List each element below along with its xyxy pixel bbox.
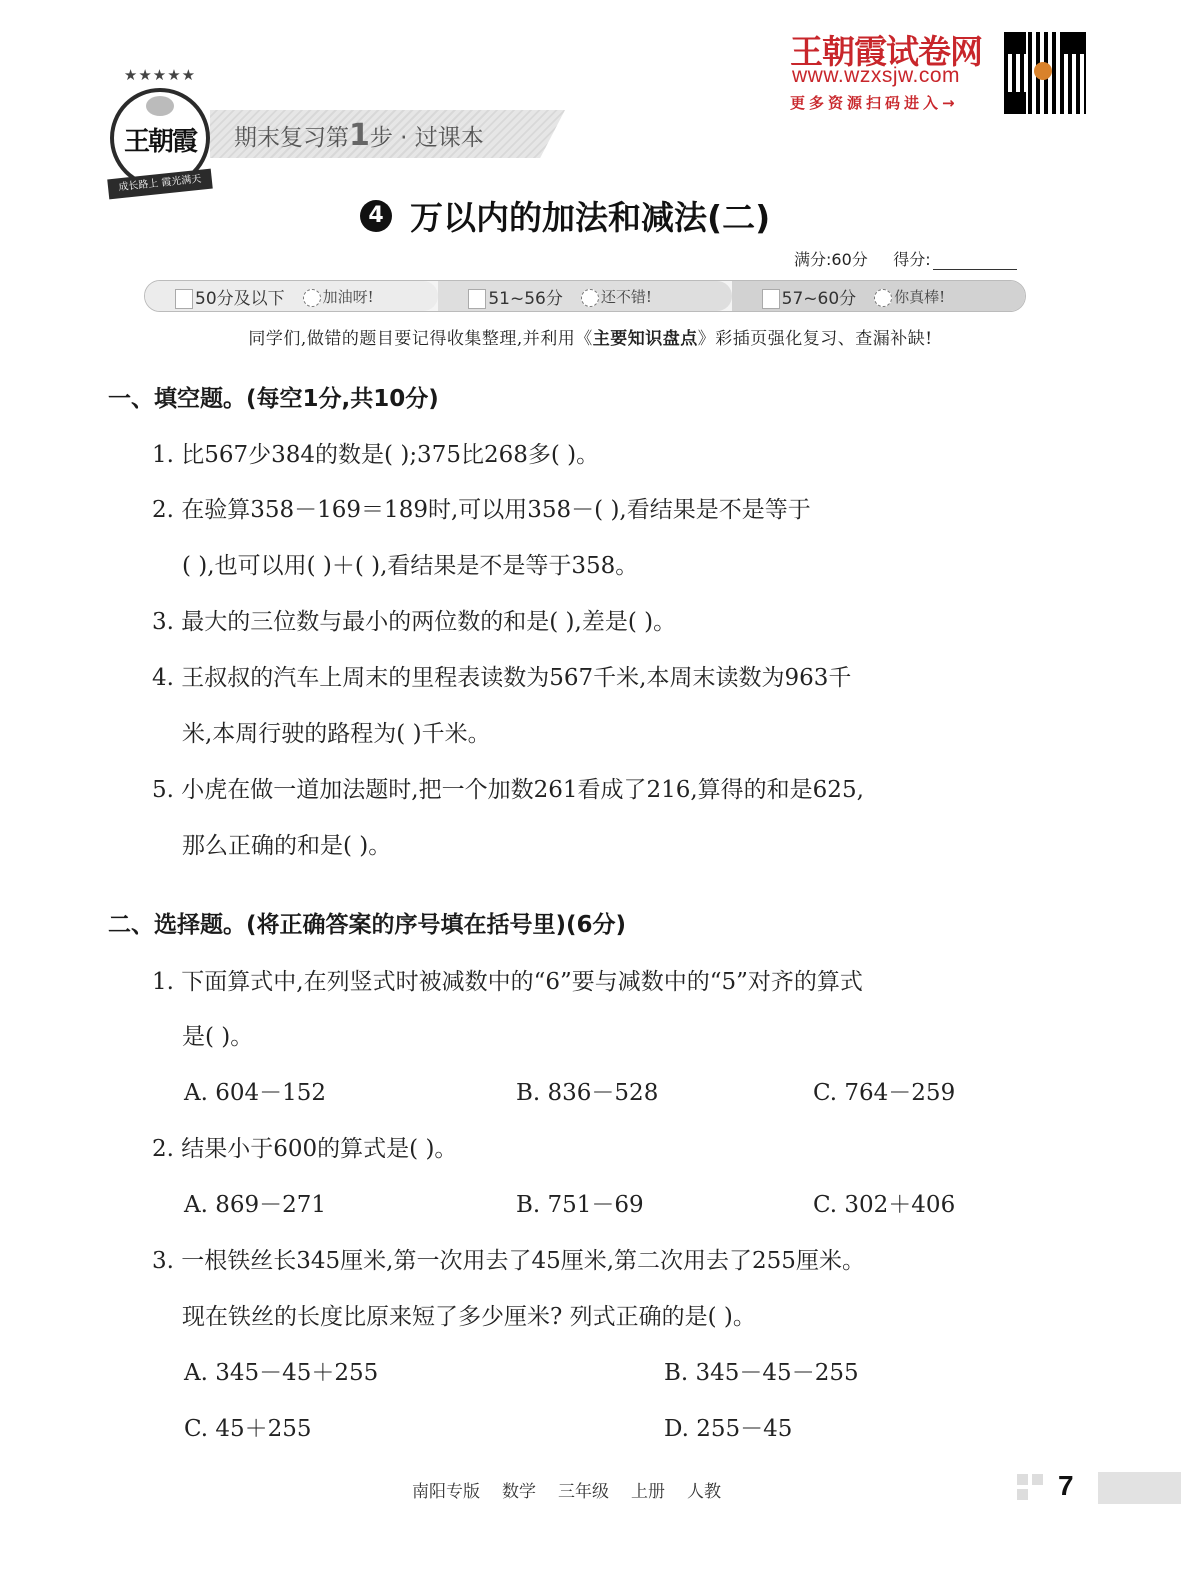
score-line: 满分:60分 得分:	[794, 247, 1017, 270]
question-2-1-cont: 是( )。	[182, 1018, 253, 1051]
checkbox[interactable]	[468, 289, 486, 309]
page-tab-bar	[1098, 1472, 1181, 1504]
band-message: 你真棒!	[874, 286, 945, 307]
logo-name: 王朝霞	[118, 121, 202, 158]
question-2-3: 3. 一根铁丝长345厘米,第一次用去了45厘米,第二次用去了255厘米。	[152, 1242, 865, 1275]
study-tip: 同学们,做错的题目要记得收集整理,并利用《主要知识盘点》彩插页强化复习、查漏补缺…	[0, 324, 1181, 349]
question-1-1: 1. 比567少384的数是( );375比268多( )。	[152, 436, 599, 469]
question-2-2: 2. 结果小于600的算式是( )。	[152, 1130, 457, 1163]
page-decoration	[1017, 1489, 1028, 1500]
option-b[interactable]: B. 836－528	[516, 1074, 658, 1107]
question-1-2-cont: ( ),也可以用( )＋( ),看结果是不是等于358。	[182, 547, 638, 580]
band-message: 加油呀!	[303, 286, 374, 307]
option-a[interactable]: A. 604－152	[184, 1074, 326, 1107]
checkbox[interactable]	[762, 289, 780, 309]
question-1-2: 2. 在验算358－169＝189时,可以用358－( ),看结果是不是等于	[152, 491, 811, 524]
star-icons: ★★★★★	[106, 66, 214, 84]
option-c[interactable]: C. 302＋406	[813, 1186, 955, 1219]
title-text: 万以内的加法和减法(二)	[410, 192, 770, 239]
option-b[interactable]: B. 751－69	[516, 1186, 644, 1219]
checkbox[interactable]	[175, 289, 193, 309]
question-1-4: 4. 王叔叔的汽车上周末的里程表读数为567千米,本周末读数为963千	[152, 659, 851, 692]
full-score-label: 满分:60分	[794, 250, 868, 269]
footer-edition: 南阳专版数学三年级上册人教	[412, 1477, 743, 1502]
question-1-4-cont: 米,本周行驶的路程为( )千米。	[182, 715, 491, 748]
question-1-5-cont: 那么正确的和是( )。	[182, 827, 391, 860]
unit-number-badge: 4	[360, 200, 392, 232]
ad-url[interactable]: www.wzxsjw.com	[792, 64, 960, 88]
ad-cta: 更多资源扫码进入→	[790, 92, 959, 113]
option-d[interactable]: D. 255－45	[664, 1410, 792, 1443]
qr-logo-icon	[1034, 62, 1052, 80]
question-2-3-cont: 现在铁丝的长度比原来短了多少厘米? 列式正确的是( )。	[182, 1298, 756, 1331]
option-b[interactable]: B. 345－45－255	[664, 1354, 859, 1387]
brand-logo: ★★★★★ 王朝霞 成长路上 霞光满天	[106, 66, 214, 194]
score-band-high: 57~60分 你真棒!	[732, 281, 1025, 311]
smiley-icon	[874, 289, 892, 307]
band-range: 50分及以下	[175, 284, 285, 309]
section-heading-choice: 二、选择题。(将正确答案的序号填在括号里)(6分)	[108, 906, 626, 939]
page-decoration	[1032, 1474, 1043, 1485]
score-got-label: 得分:	[893, 250, 930, 269]
page-decoration	[1017, 1474, 1028, 1485]
page-title: 4 万以内的加法和减法(二)	[360, 192, 770, 239]
option-a[interactable]: A. 869－271	[184, 1186, 326, 1219]
smiley-icon	[303, 289, 321, 307]
score-band-low: 50分及以下 加油呀!	[145, 281, 438, 311]
band-range: 57~60分	[762, 284, 857, 309]
score-band-bar: 50分及以下 加油呀! 51~56分 还不错! 57~60分 你真棒!	[144, 280, 1026, 312]
series-banner-text: 期末复习第1步 · 过课本	[234, 118, 484, 153]
option-c[interactable]: C. 45＋255	[184, 1410, 312, 1443]
band-range: 51~56分	[468, 284, 563, 309]
logo-ribbon: 成长路上 霞光满天	[107, 169, 213, 200]
question-1-5: 5. 小虎在做一道加法题时,把一个加数261看成了216,算得的和是625,	[152, 771, 864, 804]
portrait-icon	[146, 96, 174, 116]
option-c[interactable]: C. 764－259	[813, 1074, 955, 1107]
option-a[interactable]: A. 345－45＋255	[184, 1354, 378, 1387]
score-blank[interactable]	[933, 253, 1017, 270]
page-number: 7	[1058, 1470, 1074, 1502]
smiley-icon	[581, 289, 599, 307]
question-1-3: 3. 最大的三位数与最小的两位数的和是( ),差是( )。	[152, 603, 676, 636]
question-2-1: 1. 下面算式中,在列竖式时被减数中的“6”要与减数中的“5”对齐的算式	[152, 963, 863, 996]
score-band-mid: 51~56分 还不错!	[438, 281, 731, 311]
band-message: 还不错!	[581, 286, 652, 307]
section-heading-fill-blank: 一、填空题。(每空1分,共10分)	[108, 380, 439, 413]
